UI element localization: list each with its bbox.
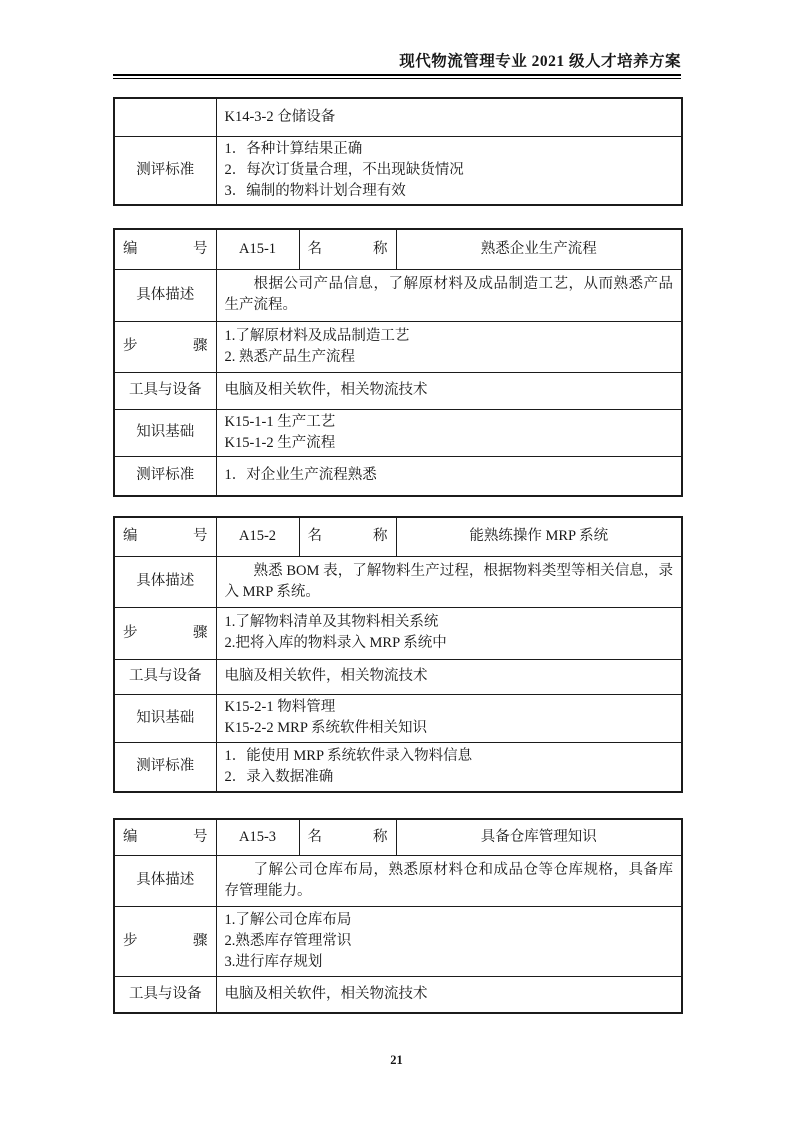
table-row: 编号 A15-2 名称 能熟练操作 MRP 系统 bbox=[114, 517, 682, 556]
table-row: 步骤 1.了解原材料及成品制造工艺 2. 熟悉产品生产流程 bbox=[114, 321, 682, 372]
field-tools-value: 电脑及相关软件，相关物流技术 bbox=[216, 976, 682, 1013]
field-name-value: 熟悉企业生产流程 bbox=[396, 229, 682, 269]
table-row: 工具与设备 电脑及相关软件，相关物流技术 bbox=[114, 976, 682, 1013]
field-name-value: 具备仓库管理知识 bbox=[396, 819, 682, 855]
field-code-label: 编号 bbox=[114, 819, 216, 855]
field-tools-label: 工具与设备 bbox=[114, 976, 216, 1013]
field-knowledge-value: K14-3-2 仓储设备 bbox=[216, 98, 682, 136]
field-name-label: 名称 bbox=[299, 229, 396, 269]
table-row: 编号 A15-1 名称 熟悉企业生产流程 bbox=[114, 229, 682, 269]
table-row: 测评标准 1．对企业生产流程熟悉 bbox=[114, 456, 682, 496]
table-row: 知识基础 K15-2-1 物料管理 K15-2-2 MRP 系统软件相关知识 bbox=[114, 694, 682, 742]
table-skill-a15-1: 编号 A15-1 名称 熟悉企业生产流程 具体描述 根据公司产品信息，了解原材料… bbox=[113, 228, 683, 497]
field-knowledge-label: 知识基础 bbox=[114, 409, 216, 456]
field-description-value: 了解公司仓库布局，熟悉原材料仓和成品仓等仓库规格，具备库存管理能力。 bbox=[216, 855, 682, 906]
field-criteria-label: 测评标准 bbox=[114, 136, 216, 205]
field-description-label: 具体描述 bbox=[114, 556, 216, 607]
table-skill-a15-2: 编号 A15-2 名称 能熟练操作 MRP 系统 具体描述 熟悉 BOM 表，了… bbox=[113, 516, 683, 793]
page-content: 现代物流管理专业 2021 级人才培养方案 K14-3-2 仓储设备 测评标准 … bbox=[113, 0, 681, 1014]
table-row: 工具与设备 电脑及相关软件，相关物流技术 bbox=[114, 659, 682, 694]
table-row: 具体描述 了解公司仓库布局，熟悉原材料仓和成品仓等仓库规格，具备库存管理能力。 bbox=[114, 855, 682, 906]
field-tools-value: 电脑及相关软件，相关物流技术 bbox=[216, 372, 682, 409]
field-description-value: 熟悉 BOM 表，了解物料生产过程，根据物料类型等相关信息，录入 MRP 系统。 bbox=[216, 556, 682, 607]
field-criteria-value: 1．各种计算结果正确 2．每次订货量合理，不出现缺货情况 3．编制的物料计划合理… bbox=[216, 136, 682, 205]
field-code-value: A15-2 bbox=[216, 517, 299, 556]
field-description-label: 具体描述 bbox=[114, 855, 216, 906]
field-steps-label: 步骤 bbox=[114, 906, 216, 976]
header-double-rule bbox=[113, 74, 681, 79]
document-page: 现代物流管理专业 2021 级人才培养方案 K14-3-2 仓储设备 测评标准 … bbox=[0, 0, 793, 1122]
table-skill-a15-3: 编号 A15-3 名称 具备仓库管理知识 具体描述 了解公司仓库布局，熟悉原材料… bbox=[113, 818, 683, 1014]
field-code-value: A15-1 bbox=[216, 229, 299, 269]
header-title: 现代物流管理专业 2021 级人才培养方案 bbox=[113, 0, 681, 72]
field-knowledge-label: 知识基础 bbox=[114, 694, 216, 742]
field-knowledge-value: K15-2-1 物料管理 K15-2-2 MRP 系统软件相关知识 bbox=[216, 694, 682, 742]
field-steps-value: 1.了解物料清单及其物料相关系统 2.把将入库的物料录入 MRP 系统中 bbox=[216, 607, 682, 659]
field-steps-value: 1.了解公司仓库布局 2.熟悉库存管理常识 3.进行库存规划 bbox=[216, 906, 682, 976]
table-row: 步骤 1.了解公司仓库布局 2.熟悉库存管理常识 3.进行库存规划 bbox=[114, 906, 682, 976]
table-row: 步骤 1.了解物料清单及其物料相关系统 2.把将入库的物料录入 MRP 系统中 bbox=[114, 607, 682, 659]
field-tools-label: 工具与设备 bbox=[114, 372, 216, 409]
field-steps-value: 1.了解原材料及成品制造工艺 2. 熟悉产品生产流程 bbox=[216, 321, 682, 372]
field-code-label: 编号 bbox=[114, 229, 216, 269]
table-row: 测评标准 1．各种计算结果正确 2．每次订货量合理，不出现缺货情况 3．编制的物… bbox=[114, 136, 682, 205]
page-number: 21 bbox=[0, 1053, 793, 1068]
field-description-value: 根据公司产品信息，了解原材料及成品制造工艺，从而熟悉产品生产流程。 bbox=[216, 269, 682, 321]
field-code-label: 编号 bbox=[114, 517, 216, 556]
field-code-value: A15-3 bbox=[216, 819, 299, 855]
table-row: 测评标准 1．能使用 MRP 系统软件录入物料信息 2．录入数据准确 bbox=[114, 742, 682, 792]
table-row: 工具与设备 电脑及相关软件，相关物流技术 bbox=[114, 372, 682, 409]
field-knowledge-value: K15-1-1 生产工艺 K15-1-2 生产流程 bbox=[216, 409, 682, 456]
field-name-label: 名称 bbox=[299, 517, 396, 556]
field-criteria-value: 1．能使用 MRP 系统软件录入物料信息 2．录入数据准确 bbox=[216, 742, 682, 792]
field-steps-label: 步骤 bbox=[114, 607, 216, 659]
table-row: 编号 A15-3 名称 具备仓库管理知识 bbox=[114, 819, 682, 855]
table-row: 具体描述 熟悉 BOM 表，了解物料生产过程，根据物料类型等相关信息，录入 MR… bbox=[114, 556, 682, 607]
field-tools-label: 工具与设备 bbox=[114, 659, 216, 694]
field-criteria-label: 测评标准 bbox=[114, 742, 216, 792]
field-description-label: 具体描述 bbox=[114, 269, 216, 321]
field-knowledge-label bbox=[114, 98, 216, 136]
table-k14-continued: K14-3-2 仓储设备 测评标准 1．各种计算结果正确 2．每次订货量合理，不… bbox=[113, 97, 683, 206]
field-criteria-label: 测评标准 bbox=[114, 456, 216, 496]
table-row: 具体描述 根据公司产品信息，了解原材料及成品制造工艺，从而熟悉产品生产流程。 bbox=[114, 269, 682, 321]
field-tools-value: 电脑及相关软件，相关物流技术 bbox=[216, 659, 682, 694]
field-steps-label: 步骤 bbox=[114, 321, 216, 372]
field-name-label: 名称 bbox=[299, 819, 396, 855]
table-row: K14-3-2 仓储设备 bbox=[114, 98, 682, 136]
field-criteria-value: 1．对企业生产流程熟悉 bbox=[216, 456, 682, 496]
field-name-value: 能熟练操作 MRP 系统 bbox=[396, 517, 682, 556]
table-row: 知识基础 K15-1-1 生产工艺 K15-1-2 生产流程 bbox=[114, 409, 682, 456]
